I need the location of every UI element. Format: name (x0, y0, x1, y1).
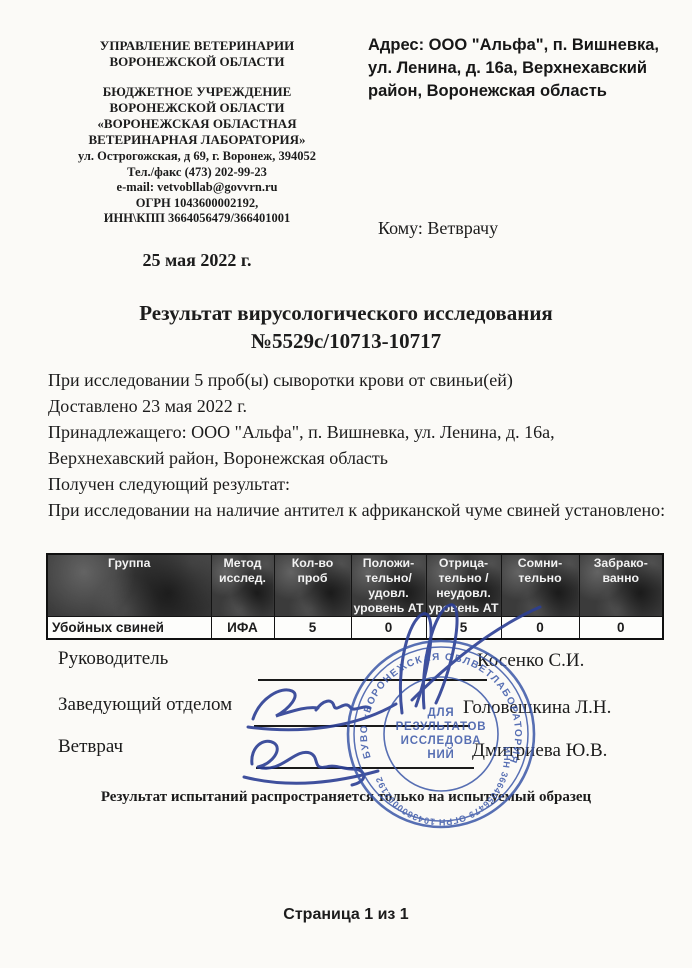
recipient-to: Кому: Ветврачу (378, 218, 498, 239)
sender-department-line: УПРАВЛЕНИЕ ВЕТЕРИНАРИИ (58, 38, 336, 54)
sender-street-address: ул. Острогожская, д 69, г. Воронеж, 3940… (58, 149, 336, 165)
document-title: Результат вирусологического исследования… (0, 299, 692, 355)
department-head-signature-stroke (253, 690, 318, 719)
body-paragraph-samples: При исследовании 5 проб(ы) сыворотки кро… (48, 367, 668, 393)
column-header-method: Метод исслед. (211, 554, 274, 617)
recipient-address: Адрес: ООО "Альфа", п. Вишневка, ул. Лен… (368, 34, 668, 103)
scanned-document-page: УПРАВЛЕНИЕ ВЕТЕРИНАРИИ ВОРОНЕЖСКОЙ ОБЛАС… (0, 0, 692, 968)
sender-institution-line: «ВОРОНЕЖСКАЯ ОБЛАСТНАЯ (58, 116, 336, 132)
sender-institution-line: ВЕТЕРИНАРНАЯ ЛАБОРАТОРИЯ» (58, 132, 336, 148)
document-title-line1: Результат вирусологического исследования (0, 299, 692, 327)
vet-signature-stroke (352, 769, 364, 785)
vet-signature-stroke (252, 741, 277, 767)
column-header-positive: Положи- тельно/ удовл. уровень АТ (351, 554, 426, 617)
svg-text:РЕЗУЛЬТАТОВ: РЕЗУЛЬТАТОВ (396, 721, 487, 733)
signature-name-department-head: Головешкина Л.Н. (463, 697, 611, 719)
signature-line-vet (256, 767, 474, 769)
table-row: Убойных свиней ИФА 5 0 5 0 0 (47, 617, 663, 639)
sender-letterhead: УПРАВЛЕНИЕ ВЕТЕРИНАРИИ ВОРОНЕЖСКОЙ ОБЛАС… (58, 38, 336, 227)
sender-department-line: ВОРОНЕЖСКОЙ ОБЛАСТИ (58, 54, 336, 70)
results-table: Группа Метод исслед. Кол-во проб Положи-… (46, 553, 664, 640)
cell-sample-count: 5 (274, 617, 351, 639)
signature-role-director: Руководитель (58, 648, 168, 670)
signature-name-vet: Дмитриева Ю.В. (472, 740, 607, 762)
body-paragraph-delivered: Доставлено 23 мая 2022 г. (48, 393, 668, 419)
svg-text:ИССЛЕДОВА: ИССЛЕДОВА (401, 735, 482, 747)
column-header-sample-count: Кол-во проб (274, 554, 351, 617)
cell-group: Убойных свиней (47, 617, 211, 639)
body-paragraph-test-intro: При исследовании на наличие антител к аф… (48, 497, 668, 523)
signature-line-department-head (254, 725, 470, 727)
sender-phone: Тел./факс (473) 202-99-23 (58, 165, 336, 181)
sender-email: e-mail: vetvobllab@govvrn.ru (58, 180, 336, 196)
signature-line-director (258, 679, 487, 681)
results-table-header-row: Группа Метод исслед. Кол-во проб Положи-… (47, 554, 663, 617)
sender-institution-line: БЮДЖЕТНОЕ УЧРЕЖДЕНИЕ (58, 84, 336, 100)
svg-text:ДЛЯ: ДЛЯ (428, 707, 455, 719)
cell-positive: 0 (351, 617, 426, 639)
sender-institution: БЮДЖЕТНОЕ УЧРЕЖДЕНИЕ ВОРОНЕЖСКОЙ ОБЛАСТИ… (58, 84, 336, 148)
signature-name-director: Косенко С.И. (477, 650, 584, 672)
sender-department: УПРАВЛЕНИЕ ВЕТЕРИНАРИИ ВОРОНЕЖСКОЙ ОБЛАС… (58, 38, 336, 70)
sender-contacts: ул. Острогожская, д 69, г. Воронеж, 3940… (58, 149, 336, 227)
signature-role-vet: Ветврач (58, 736, 123, 758)
cell-method: ИФА (211, 617, 274, 639)
sender-inn-kpp: ИНН\КПП 3664056479/366401001 (58, 211, 336, 227)
column-header-group: Группа (47, 554, 211, 617)
signature-role-department-head: Заведующий отделом (58, 694, 232, 716)
sender-ogrn: ОГРН 1043600002192, (58, 196, 336, 212)
svg-text:НИЙ: НИЙ (427, 748, 454, 761)
cell-doubtful: 0 (501, 617, 579, 639)
disclaimer-text: Результат испытаний распространяется тол… (0, 789, 692, 806)
cell-negative: 5 (426, 617, 501, 639)
document-body: При исследовании 5 проб(ы) сыворотки кро… (48, 367, 668, 523)
stamp-inner-ring (384, 677, 498, 791)
column-header-negative: Отрица- тельно / неудовл. уровень АТ (426, 554, 501, 617)
vet-signature-stroke (244, 771, 378, 783)
sender-institution-line: ВОРОНЕЖСКОЙ ОБЛАСТИ (58, 100, 336, 116)
body-paragraph-result-intro: Получен следующий результат: (48, 471, 668, 497)
document-title-number: №5529с/10713-10717 (0, 327, 692, 355)
page-number: Страница 1 из 1 (0, 906, 692, 924)
department-head-signature-stroke (316, 701, 370, 710)
column-header-rejected: Забрако- ванно (579, 554, 663, 617)
cell-rejected: 0 (579, 617, 663, 639)
document-date: 25 мая 2022 г. (58, 250, 336, 271)
column-header-doubtful: Сомни- тельно (501, 554, 579, 617)
body-paragraph-owner: Принадлежащего: ООО "Альфа", п. Вишневка… (48, 419, 668, 471)
